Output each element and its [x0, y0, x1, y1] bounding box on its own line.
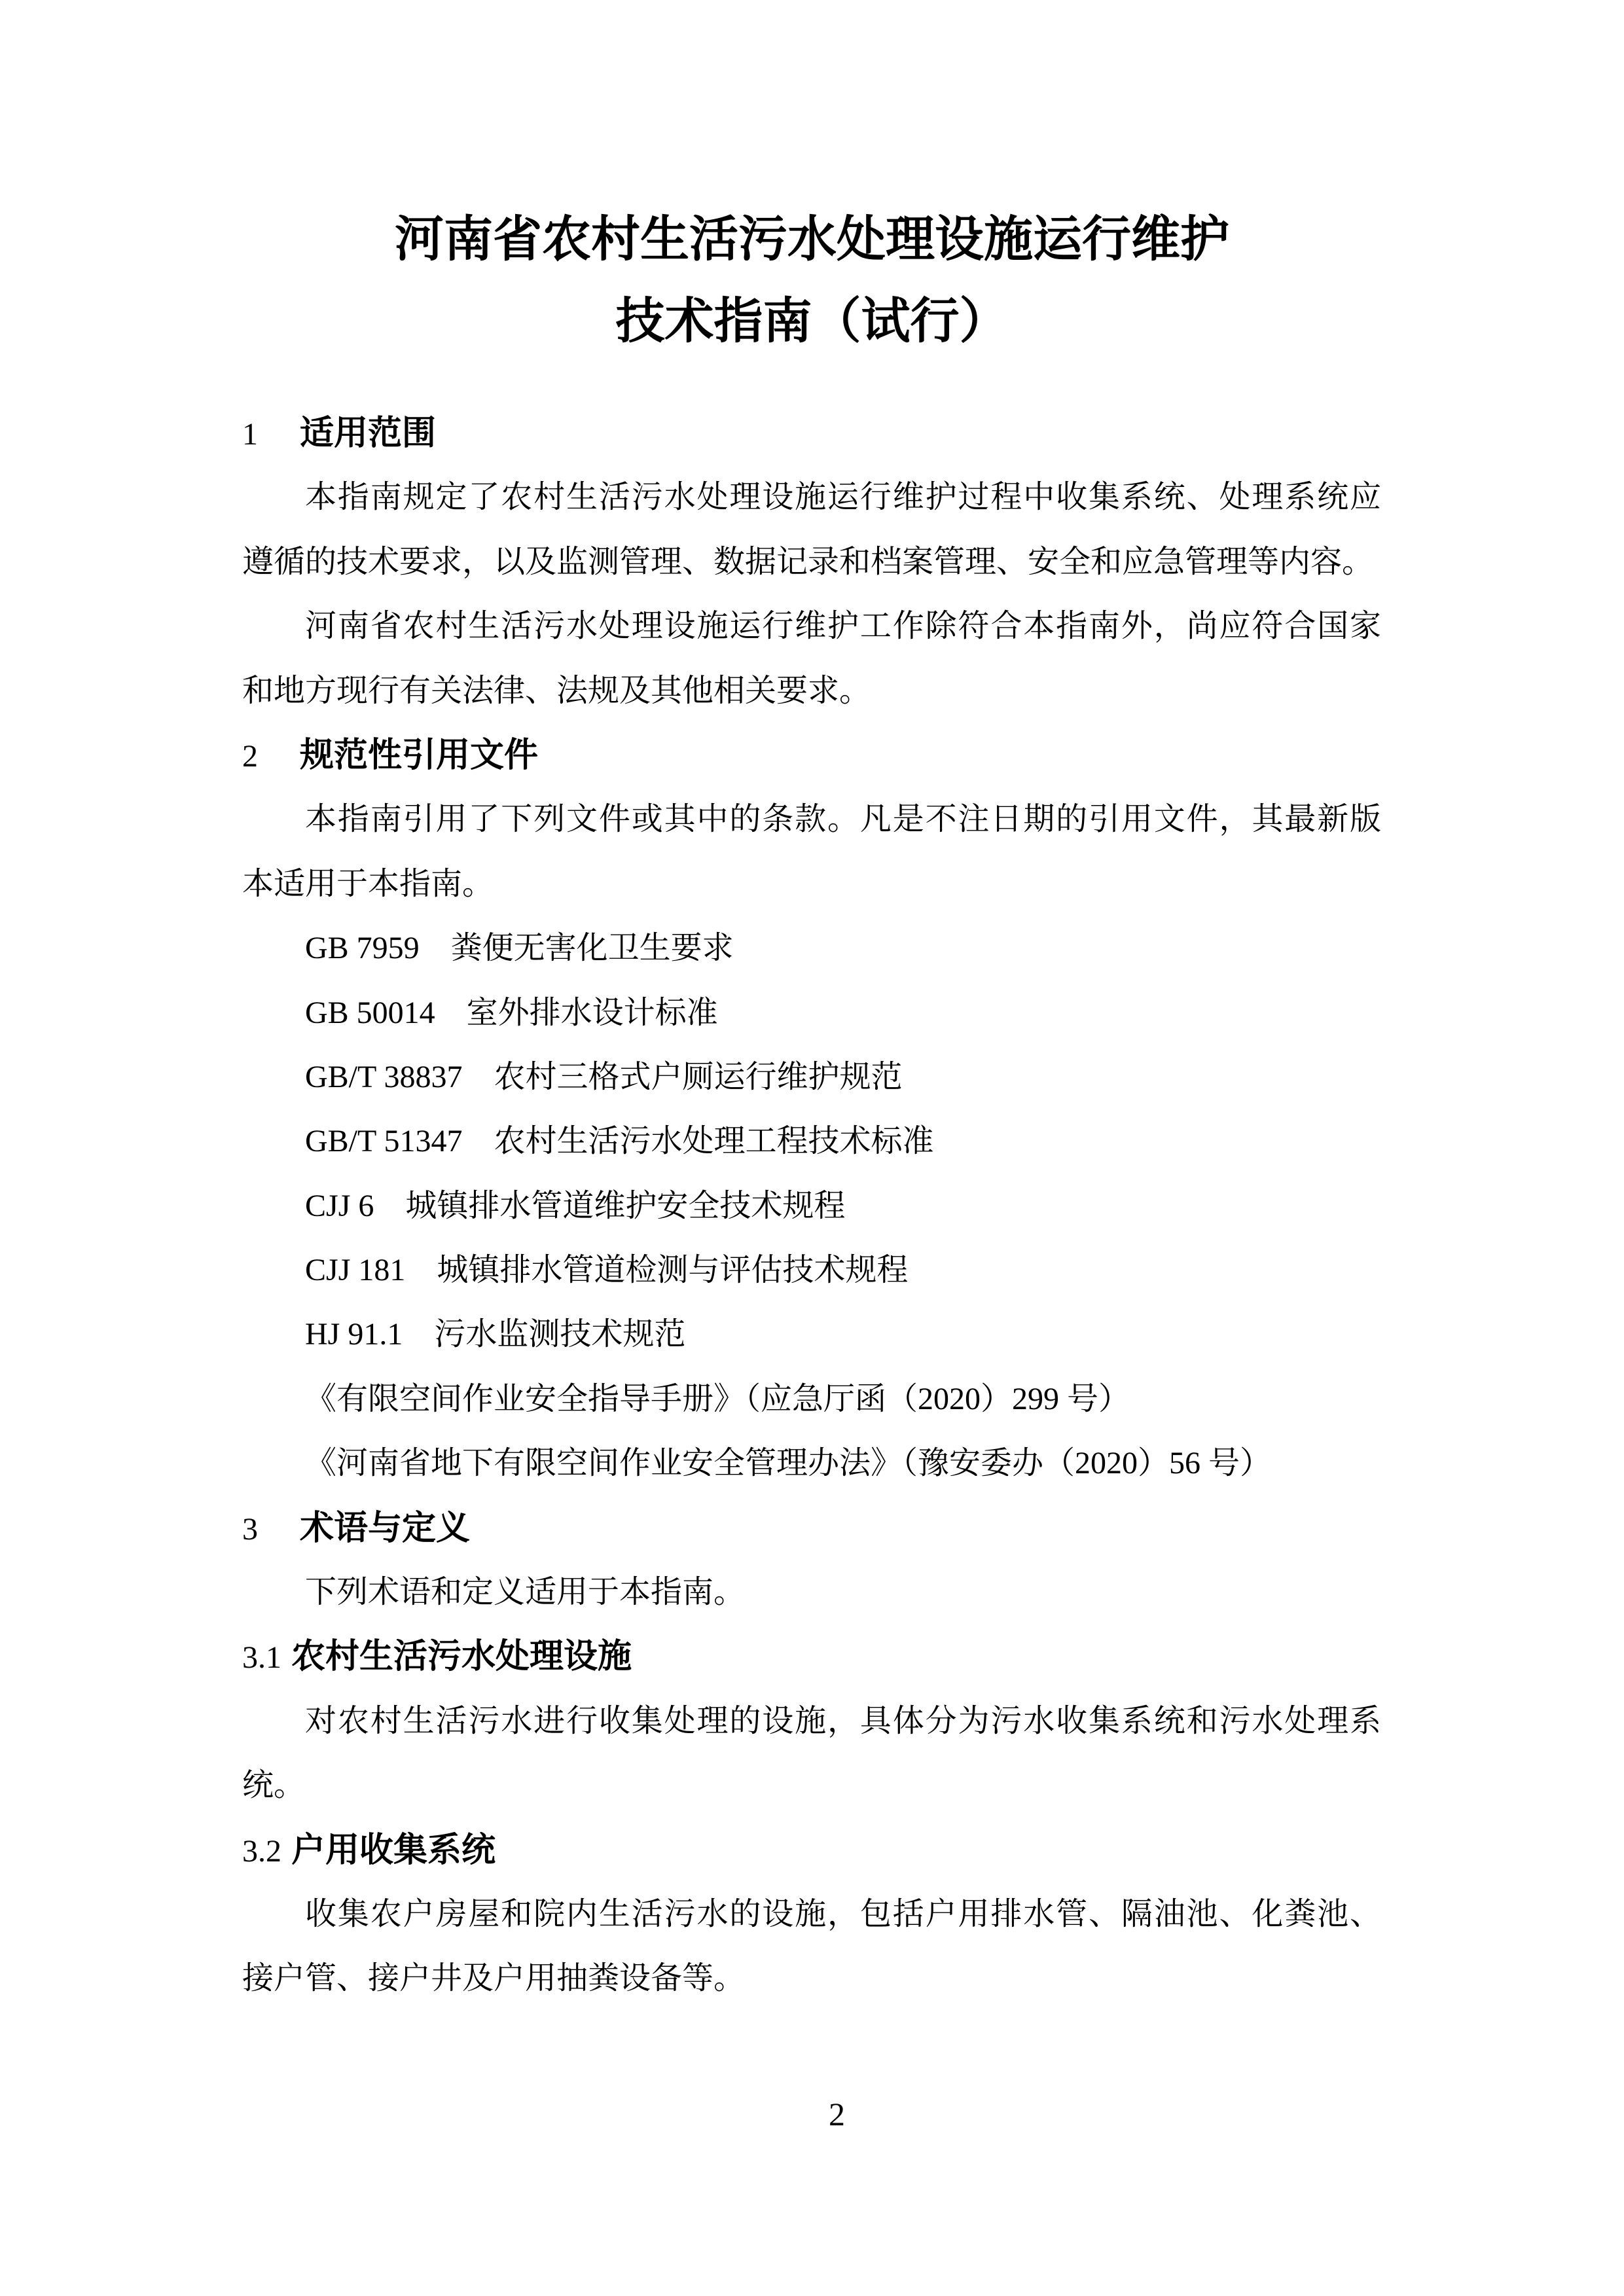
section-heading: 3.2户用收集系统: [242, 1818, 1381, 1882]
paragraph-line: 统。: [242, 1753, 1381, 1818]
document-title: 河南省农村生活污水处理设施运行维护 技术指南（试行）: [0, 198, 1624, 362]
section-heading-label: 规范性引用文件: [300, 736, 538, 774]
section-heading: 3术语与定义: [242, 1496, 1381, 1560]
paragraph-line: 收集农户房屋和院内生活污水的设施，包括户用排水管、隔油池、化粪池、: [242, 1882, 1381, 1946]
paragraph-line: 河南省农村生活污水处理设施运行维护工作除符合本指南外，尚应符合国家: [242, 594, 1381, 658]
reference-item: GB 7959 粪便无害化卫生要求: [242, 916, 1381, 980]
section-heading-label: 术语与定义: [300, 1509, 470, 1547]
section-heading: 1适用范围: [242, 401, 1381, 465]
section-number: 3.2: [242, 1834, 281, 1869]
reference-item: 《有限空间作业安全指导手册》（应急厅函（2020）299 号）: [242, 1367, 1381, 1431]
section-number: 2: [242, 739, 258, 774]
section-heading-label: 农村生活污水处理设施: [291, 1638, 632, 1676]
reference-item: HJ 91.1 污水监测技术规范: [242, 1302, 1381, 1367]
section-heading-label: 户用收集系统: [291, 1831, 496, 1869]
document-body: 1适用范围本指南规定了农村生活污水处理设施运行维护过程中收集系统、处理系统应遵循…: [242, 401, 1381, 2011]
paragraph-line: 本指南规定了农村生活污水处理设施运行维护过程中收集系统、处理系统应: [242, 465, 1381, 529]
paragraph-line: 下列术语和定义适用于本指南。: [242, 1560, 1381, 1624]
section-number: 3.1: [242, 1640, 281, 1675]
document-title-line-1: 河南省农村生活污水处理设施运行维护: [0, 198, 1624, 280]
reference-item: CJJ 6 城镇排水管道维护安全技术规程: [242, 1174, 1381, 1238]
paragraph-line: 和地方现行有关法律、法规及其他相关要求。: [242, 659, 1381, 723]
paragraph-line: 本指南引用了下列文件或其中的条款。凡是不注日期的引用文件，其最新版: [242, 787, 1381, 852]
reference-item: 《河南省地下有限空间作业安全管理办法》（豫安委办（2020）56 号）: [242, 1431, 1381, 1496]
reference-item: GB/T 51347 农村生活污水处理工程技术标准: [242, 1109, 1381, 1174]
paragraph-line: 接户管、接户井及户用抽粪设备等。: [242, 1946, 1381, 2011]
document-page: 河南省农村生活污水处理设施运行维护 技术指南（试行） 1适用范围本指南规定了农村…: [0, 0, 1624, 2296]
reference-item: GB 50014 室外排水设计标准: [242, 981, 1381, 1045]
reference-item: GB/T 38837 农村三格式户厕运行维护规范: [242, 1045, 1381, 1109]
section-number: 1: [242, 417, 258, 452]
section-heading: 3.1农村生活污水处理设施: [242, 1624, 1381, 1689]
section-number: 3: [242, 1512, 258, 1547]
reference-item: CJJ 181 城镇排水管道检测与评估技术规程: [242, 1238, 1381, 1302]
document-title-line-2: 技术指南（试行）: [0, 280, 1624, 362]
paragraph-line: 对农村生活污水进行收集处理的设施，具体分为污水收集系统和污水处理系: [242, 1689, 1381, 1753]
section-heading: 2规范性引用文件: [242, 723, 1381, 787]
section-heading-label: 适用范围: [300, 414, 436, 452]
paragraph-line: 遵循的技术要求，以及监测管理、数据记录和档案管理、安全和应急管理等内容。: [242, 530, 1381, 594]
paragraph-line: 本适用于本指南。: [242, 852, 1381, 916]
page-number: 2: [50, 2094, 1624, 2134]
